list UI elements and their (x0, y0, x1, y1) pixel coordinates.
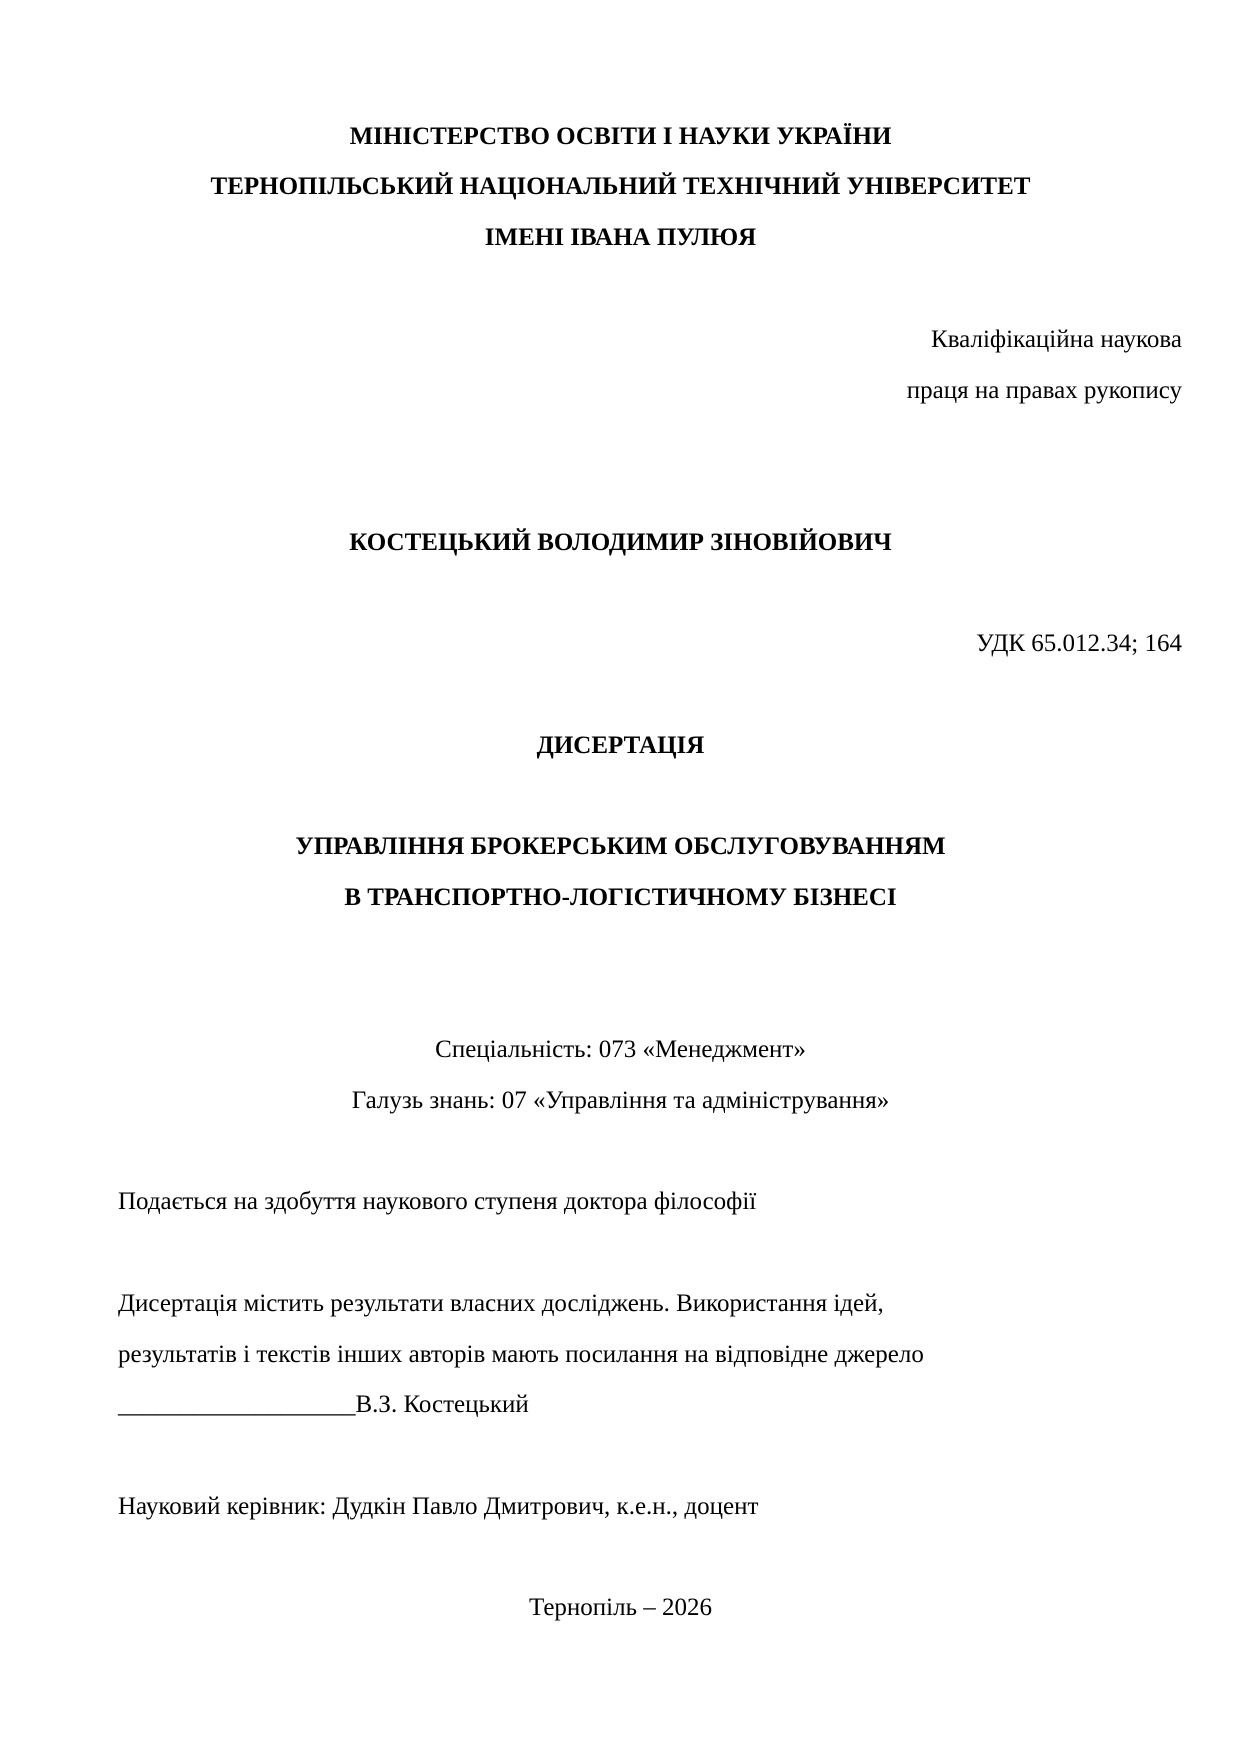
manuscript-note-line2: праця на правах рукопису (907, 376, 1182, 406)
author-name: КОСТЕЦЬКИЙ ВОЛОДИМИР ЗІНОВІЙОВИЧ (0, 528, 1241, 558)
university-name-heading: ІМЕНІ ІВАНА ПУЛЮЯ (0, 223, 1241, 253)
dissertation-title-line2: В ТРАНСПОРТНО-ЛОГІСТИЧНОМУ БІЗНЕСІ (0, 883, 1241, 913)
supervisor: Науковий керівник: Дудкін Павло Дмитрови… (118, 1492, 758, 1522)
dissertation-title-line1: УПРАВЛІННЯ БРОКЕРСЬКИМ ОБСЛУГОВУВАННЯМ (0, 832, 1241, 862)
ministry-heading: МІНІСТЕРСТВО ОСВІТИ І НАУКИ УКРАЇНИ (0, 122, 1241, 152)
university-heading: ТЕРНОПІЛЬСЬКИЙ НАЦІОНАЛЬНИЙ ТЕХНІЧНИЙ УН… (0, 172, 1241, 202)
manuscript-note-line1: Кваліфікаційна наукова (931, 325, 1182, 355)
udc-code: УДК 65.012.34; 164 (976, 629, 1182, 659)
specialty: Спеціальність: 073 «Менеджмент» (0, 1035, 1241, 1065)
field-of-knowledge: Галузь знань: 07 «Управління та адмініст… (0, 1086, 1241, 1116)
degree-statement: Подається на здобуття наукового ступеня … (118, 1187, 756, 1217)
signature-line: ___________________В.З. Костецький (118, 1390, 529, 1420)
declaration-line2: результатів і текстів інших авторів мают… (118, 1340, 924, 1370)
document-type: ДИСЕРТАЦІЯ (0, 731, 1241, 761)
place-year: Тернопіль – 2026 (0, 1593, 1241, 1623)
declaration-line1: Дисертація містить результати власних до… (118, 1289, 884, 1319)
